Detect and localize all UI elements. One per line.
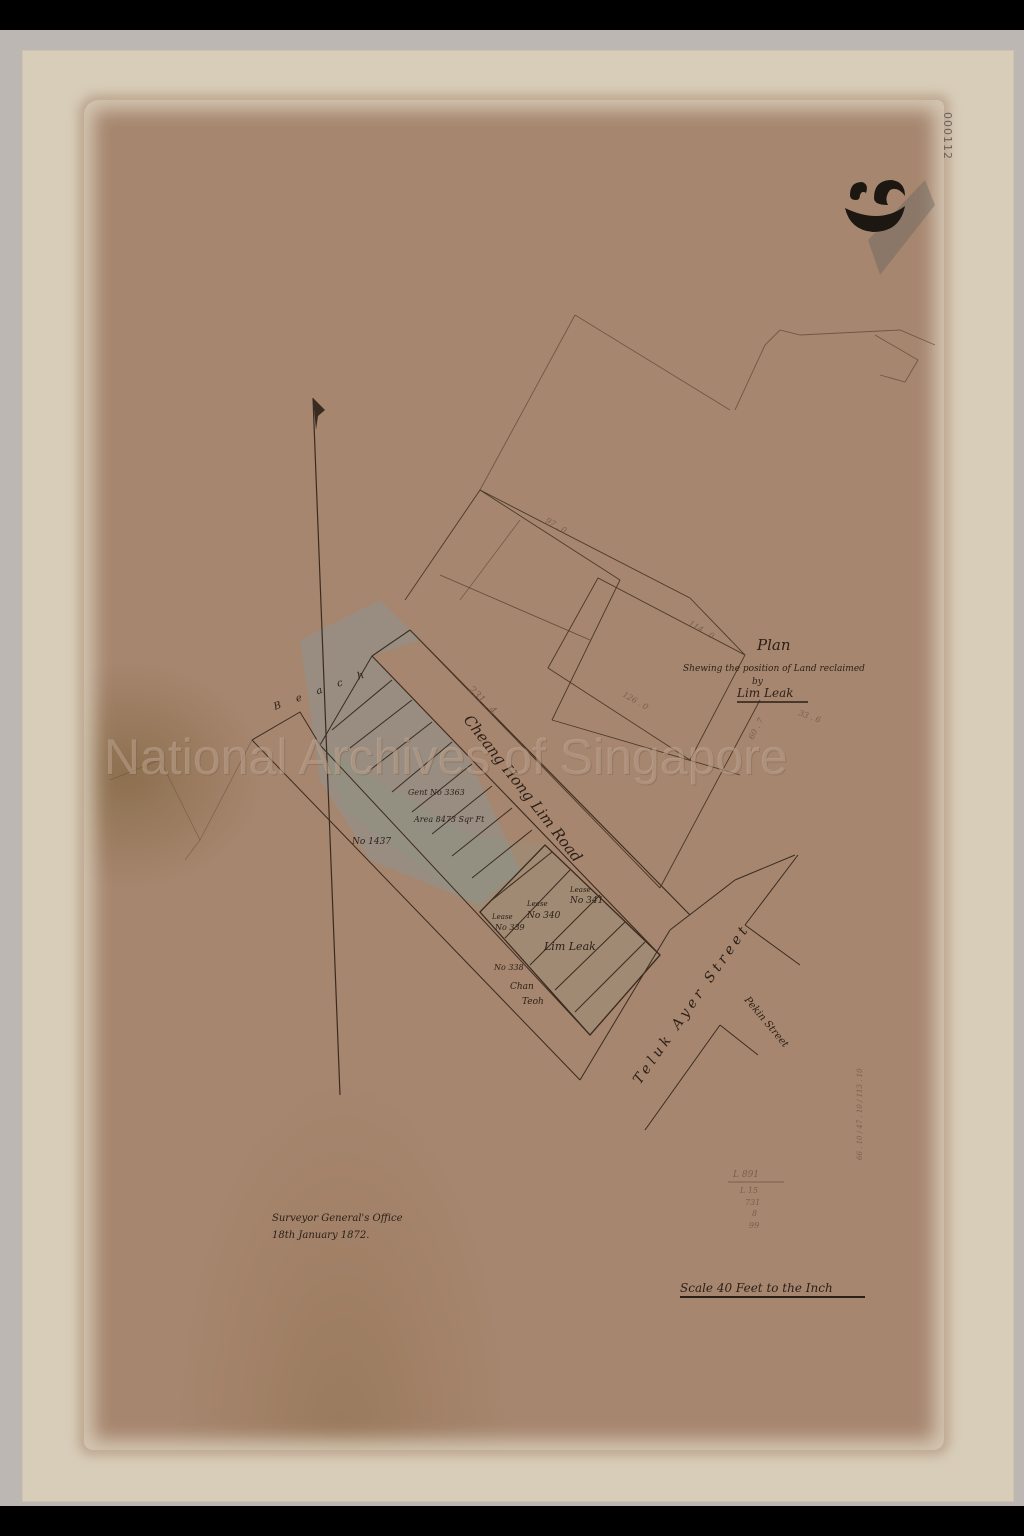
- svg-text:99: 99: [749, 1221, 759, 1230]
- dimension-126: 126 . 0: [621, 690, 650, 712]
- plan-title: Plan: [756, 636, 791, 654]
- lease-340-number: No 340: [526, 911, 561, 921]
- svg-text:731: 731: [745, 1198, 760, 1207]
- lot-owner-chan: Chan: [510, 982, 534, 992]
- dimension-97: 97 . 0: [544, 516, 568, 535]
- svg-text:L 15: L 15: [739, 1186, 758, 1195]
- lease-340-label: Lease: [526, 900, 548, 908]
- watermark: National Archives of Singapore: [104, 728, 788, 786]
- lot-no-1437: No 1437: [351, 837, 391, 847]
- lot-no-338: No 338: [493, 963, 524, 972]
- grant-number: Gent No 3363: [408, 788, 465, 797]
- lease-341-label: Lease: [569, 886, 591, 894]
- plan-subtitle: Shewing the position of Land reclaimed: [683, 664, 865, 674]
- lot-owner-teoh: Teoh: [522, 997, 544, 1007]
- crest-mark-icon: [845, 180, 935, 275]
- pencil-calculation: L 891 L 15 731 8 99: [728, 1170, 784, 1230]
- svg-text:8: 8: [752, 1209, 757, 1218]
- lot-area: Area 8473 Sqr Ft: [413, 815, 485, 824]
- plan-owner: Lim Leak: [736, 686, 794, 700]
- dimension-33-6: 33 . 6: [797, 708, 822, 724]
- dimension-231-4: 231 . 4: [465, 684, 498, 717]
- svg-text:L 891: L 891: [732, 1170, 759, 1180]
- lease-339-number: No 339: [494, 923, 525, 932]
- lease-341-number: No 341: [569, 896, 603, 906]
- road-label-pekin: Pekin Street: [741, 994, 791, 1051]
- margin-note: 66 . 10 / 47 . 10 / 113 . 10: [856, 1068, 864, 1160]
- lease-339-label: Lease: [491, 913, 513, 921]
- office-name: Surveyor General's Office: [272, 1213, 403, 1224]
- lot-owner-lim-leak: Lim Leak: [543, 940, 596, 953]
- lease-wash: [320, 745, 660, 1035]
- office-date: 18th January 1872.: [272, 1230, 369, 1241]
- scale-note: Scale 40 Feet to the Inch: [680, 1281, 833, 1295]
- dimension-114: 114 . 0: [687, 619, 716, 641]
